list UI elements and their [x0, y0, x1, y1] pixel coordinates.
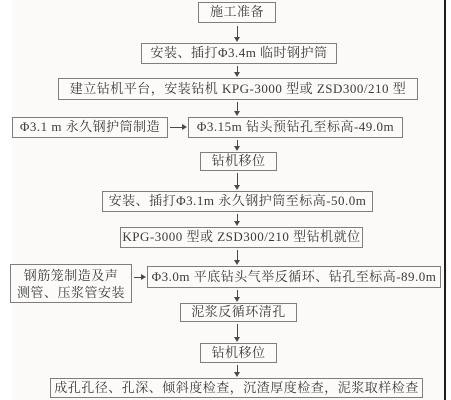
- arrow-down-icon: [234, 221, 240, 226]
- arrow-down-icon: [234, 297, 240, 302]
- arrow-down-icon: [234, 111, 240, 116]
- arrow-down: [233, 66, 242, 77]
- arrow-down-icon: [234, 260, 240, 265]
- arrow-down: [233, 290, 242, 302]
- arrow-down-icon: [234, 337, 240, 342]
- arrow-right-icon: [182, 124, 187, 130]
- node-final-inspection: 成孔孔径、孔深、倾斜度检查，沉渣厚度检查，泥浆取样检查: [50, 378, 423, 398]
- arrow-down: [233, 102, 242, 116]
- arrow-right-icon: [141, 274, 146, 280]
- arrow-right: [170, 123, 187, 132]
- arrow-down: [233, 324, 242, 342]
- arrow-down-icon: [234, 72, 240, 77]
- arrow-down: [233, 365, 242, 377]
- node-predrill-to-minus49: Φ3.15m 钻头预钻孔至标高-49.0m: [188, 117, 403, 138]
- node-construction-prep: 施工准备: [198, 2, 276, 23]
- node-permanent-casing-fab: Φ3.1 m 永久钢护筒制造: [12, 117, 168, 138]
- node-rig-platform-setup: 建立钻机平台，安装钻机 KPG-3000 型或 ZSD300/210 型: [58, 78, 418, 100]
- node-rebar-cage-fab: 钢筋笼制造及声 测管、压浆管安装: [10, 264, 132, 303]
- node-rig-shift-2: 钻机移位: [200, 343, 277, 363]
- node-install-permanent-casing: 安装、插打Φ3.1m 永久钢护筒至标高-50.0m: [102, 191, 373, 212]
- arrow-down: [233, 140, 242, 151]
- arrow-down-icon: [234, 372, 240, 377]
- arrow-down: [233, 214, 242, 226]
- arrow-down-icon: [234, 37, 240, 42]
- page-right-margin: [447, 0, 451, 400]
- arrow-down-icon: [234, 185, 240, 190]
- arrow-down: [233, 26, 242, 42]
- node-drill-to-minus89: Φ3.0m 平底钻头气举反循环、钻孔至标高-89.0m: [147, 266, 441, 288]
- node-rig-in-place: KPG-3000 型或 ZSD300/210 型钻机就位: [120, 227, 363, 248]
- flowchart-canvas: 施工准备 安装、插打Φ3.4m 临时钢护筒 建立钻机平台，安装钻机 KPG-30…: [0, 0, 451, 400]
- page-right-edge-line: [444, 0, 446, 400]
- page-left-margin: [0, 0, 12, 400]
- node-rig-shift-1: 钻机移位: [200, 152, 277, 171]
- arrow-shaft: [237, 324, 238, 338]
- node-slurry-circulation-clean: 泥浆反循环清孔: [180, 303, 297, 322]
- arrow-down: [233, 250, 242, 265]
- node-install-temp-casing: 安装、插打Φ3.4m 临时钢护筒: [141, 43, 337, 64]
- arrow-down-icon: [234, 146, 240, 151]
- arrow-down: [233, 173, 242, 190]
- arrow-right: [134, 273, 146, 282]
